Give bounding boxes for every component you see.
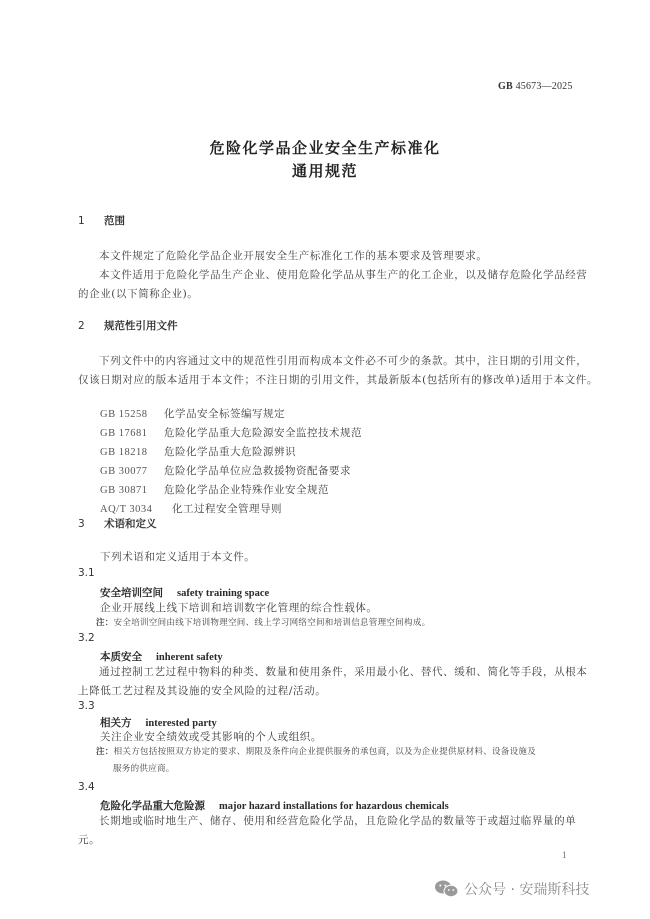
reference-item: AQ/T 3034化工过程安全管理导则 (100, 501, 282, 516)
wechat-icon (434, 879, 460, 899)
reference-title: 危险化学品企业特殊作业安全规范 (164, 484, 329, 496)
reference-title: 化学品安全标签编写规定 (164, 408, 285, 420)
note-text: 安全培训空间由线下培训物理空间、线上学习网络空间和培训信息管理空间构成。 (114, 618, 431, 628)
section-heading-3: 3术语和定义 (78, 516, 157, 531)
note-text: 相关方包括按照双方协定的要求、期限及条件向企业提供服务的承包商，以及为企业提供原… (114, 747, 536, 757)
reference-item: GB 15258化学品安全标签编写规定 (100, 406, 285, 421)
reference-code: AQ/T 3034 (100, 504, 172, 515)
reference-title: 危险化学品重大危险源辨识 (164, 446, 296, 458)
section-number: 1 (78, 215, 104, 227)
term-definition: 通过控制工艺过程中物料的种类、数量和使用条件，采用最小化、替代、缓和、简化等手段… (78, 663, 598, 701)
term-zh: 危险化学品重大危险源 (100, 800, 205, 812)
clause-number: 3.4 (78, 781, 95, 793)
paragraph: 本文件规定了危险化学品企业开展安全生产标准化工作的基本要求及管理要求。 (78, 247, 588, 266)
term-heading: 安全培训空间safety training space (100, 585, 269, 600)
paragraph: 下列术语和定义适用于本文件。 (100, 548, 255, 567)
term-en: inherent safety (156, 652, 223, 663)
reference-item: GB 18218危险化学品重大危险源辨识 (100, 444, 296, 459)
reference-code: GB 30871 (100, 485, 164, 496)
term-zh: 安全培训空间 (100, 587, 163, 599)
watermark-text: 公众号 · 安瑞斯科技 (464, 879, 589, 899)
document-title-line2: 通用规范 (0, 160, 650, 181)
term-en: safety training space (177, 588, 269, 599)
document-title-line1: 危险化学品企业安全生产标准化 (0, 137, 650, 158)
paragraph: 下列文件中的内容通过文中的规范性引用而构成本文件必不可少的条款。其中，注日期的引… (78, 352, 598, 390)
section-heading-1: 1范围 (78, 213, 125, 228)
note-label: 注： (96, 618, 114, 628)
reference-title: 危险化学品单位应急救援物资配备要求 (164, 465, 351, 477)
term-zh: 本质安全 (100, 651, 142, 663)
reference-code: GB 17681 (100, 428, 164, 439)
reference-item: GB 17681危险化学品重大危险源安全监控技术规范 (100, 425, 362, 440)
note-text-continued: 服务的供应商。 (96, 761, 616, 778)
note-label: 注： (96, 747, 114, 757)
term-heading: 本质安全inherent safety (100, 649, 223, 664)
clause-number: 3.2 (78, 632, 95, 644)
reference-code: GB 30077 (100, 466, 164, 477)
reference-code: GB 15258 (100, 409, 164, 420)
reference-item: GB 30077危险化学品单位应急救援物资配备要求 (100, 463, 351, 478)
term-definition: 长期地或临时地生产、储存、使用和经营危险化学品，且危险化学品的数量等于或超过临界… (78, 812, 598, 850)
term-note: 注：安全培训空间由线下培训物理空间、线上学习网络空间和培训信息管理空间构成。 (96, 615, 430, 632)
standard-prefix: GB (498, 81, 513, 92)
term-note: 注：相关方包括按照双方协定的要求、期限及条件向企业提供服务的承包商，以及为企业提… (96, 744, 616, 778)
reference-item: GB 30871危险化学品企业特殊作业安全规范 (100, 482, 329, 497)
clause-number: 3.1 (78, 567, 95, 579)
standard-code: 45673—2025 (516, 81, 573, 92)
clause-number: 3.3 (78, 700, 95, 712)
section-number: 2 (78, 320, 104, 332)
section-heading-2: 2规范性引用文件 (78, 318, 178, 333)
term-en: major hazard installations for hazardous… (219, 801, 449, 812)
reference-title: 化工过程安全管理导则 (172, 503, 282, 515)
watermark: 公众号 · 安瑞斯科技 (434, 879, 589, 899)
term-heading: 危险化学品重大危险源major hazard installations for… (100, 798, 449, 813)
paragraph: 本文件适用于危险化学品生产企业、使用危险化学品从事生产的化工企业，以及储存危险化… (78, 266, 598, 304)
section-title: 规范性引用文件 (104, 320, 178, 332)
reference-title: 危险化学品重大危险源安全监控技术规范 (164, 427, 362, 439)
page-number: 1 (562, 850, 567, 860)
section-number: 3 (78, 518, 104, 530)
section-title: 范围 (104, 215, 125, 227)
standard-number: GB 45673—2025 (498, 81, 573, 92)
section-title: 术语和定义 (104, 518, 157, 530)
reference-code: GB 18218 (100, 447, 164, 458)
